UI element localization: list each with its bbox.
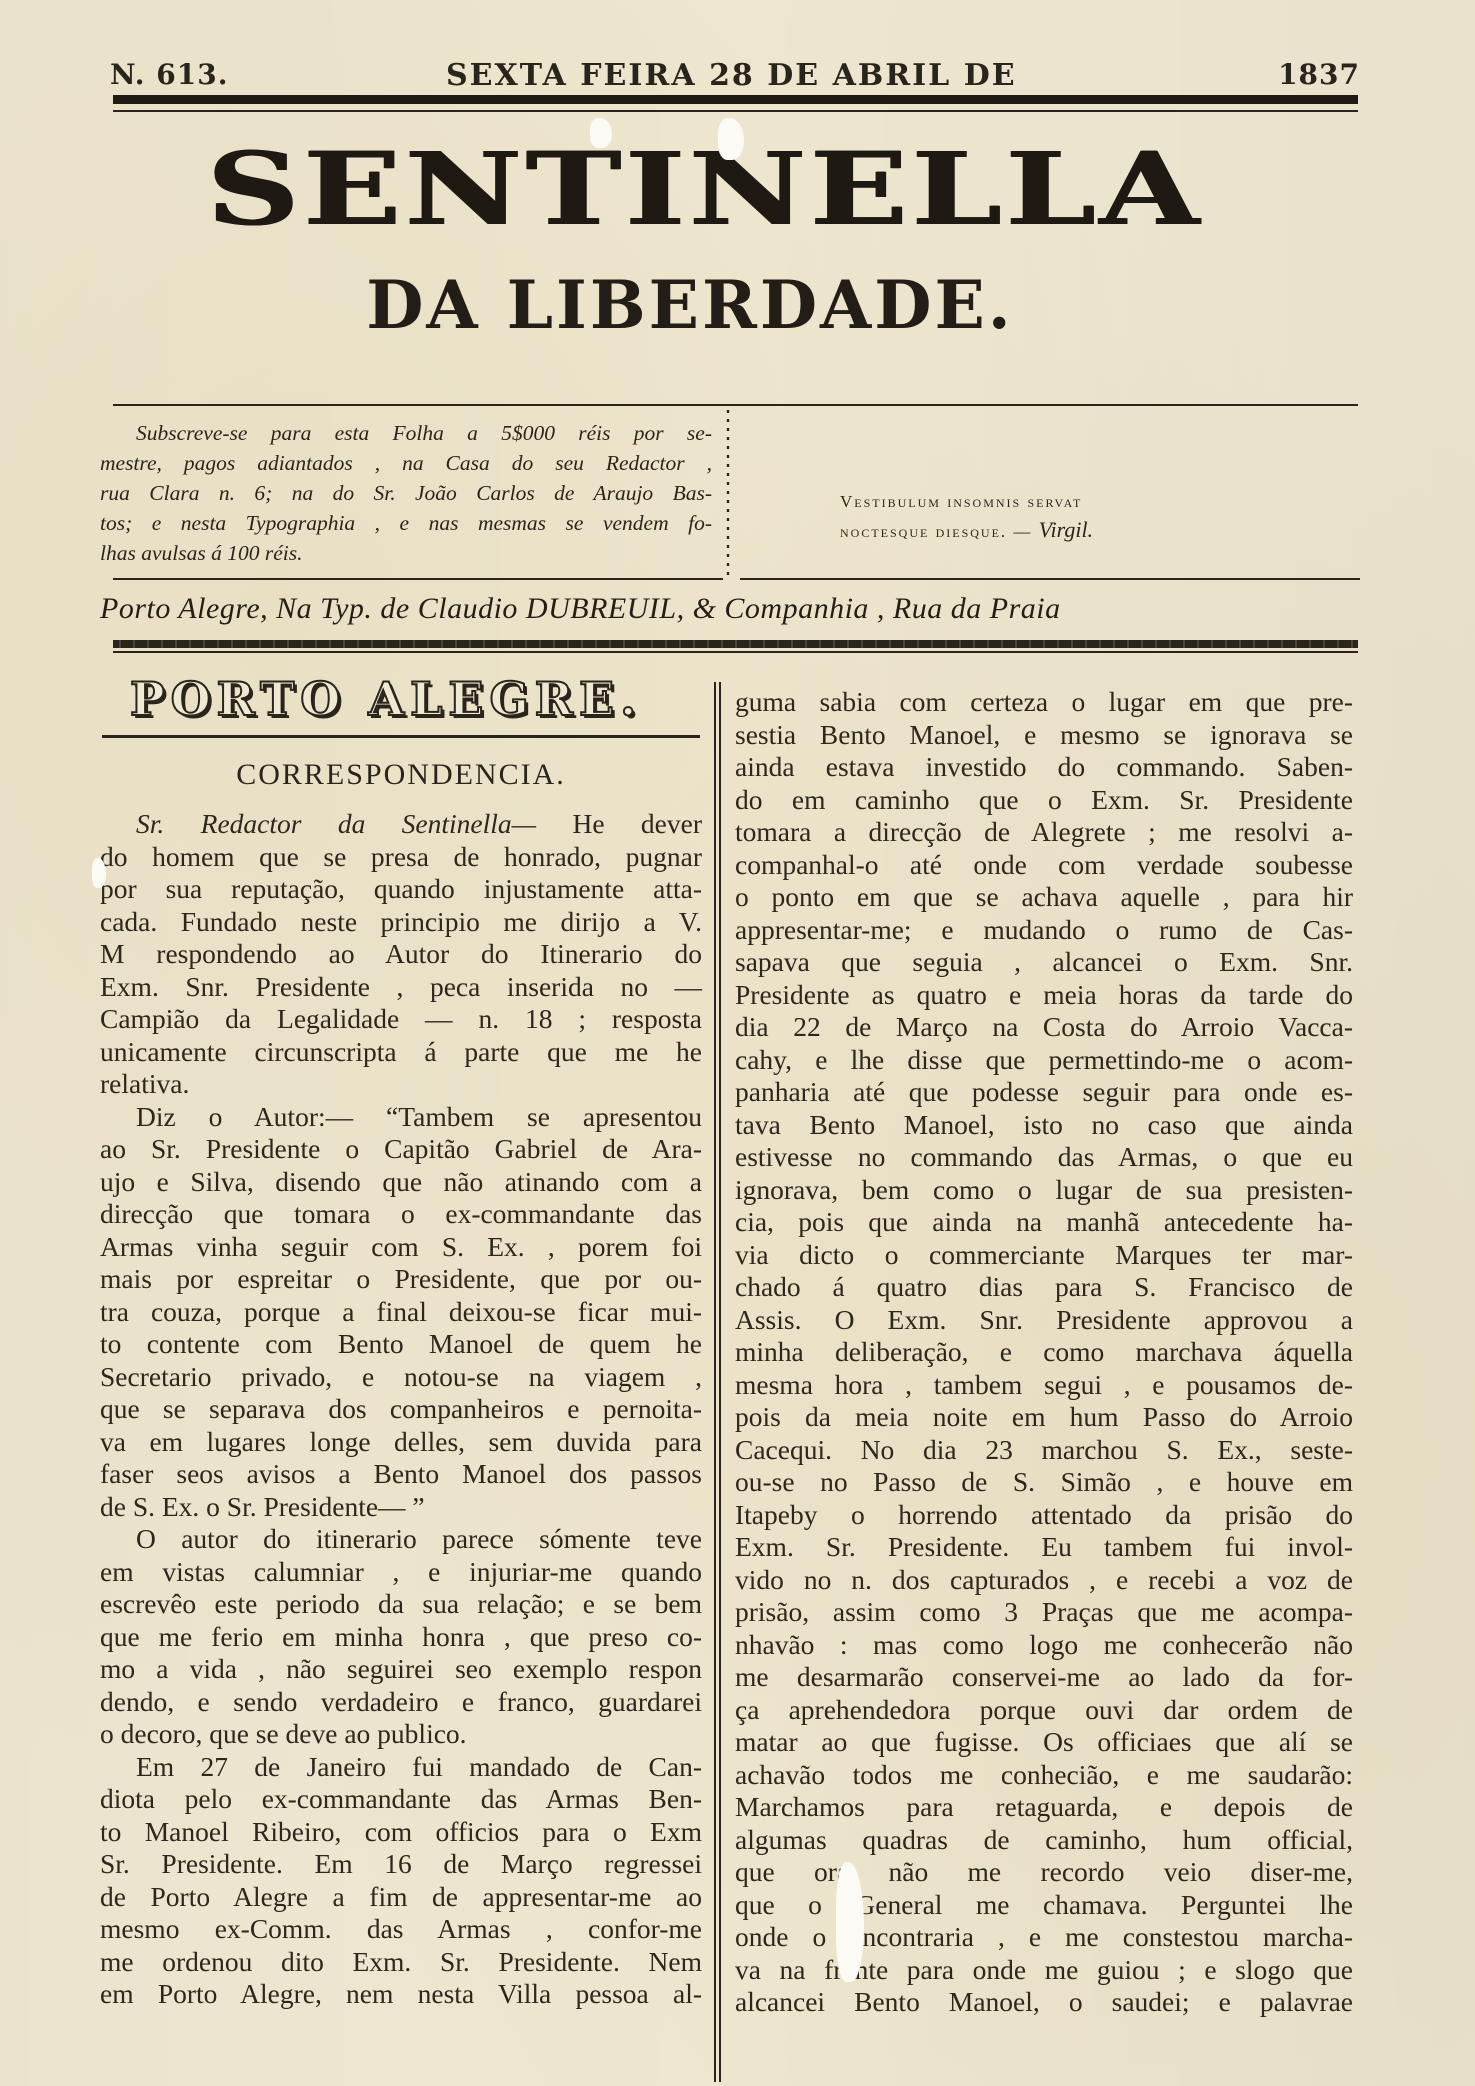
article-line: guma sabia com certeza o lugar em que pr…: [735, 686, 1353, 719]
article-line: unicamente circunscripta á parte que me …: [100, 1036, 702, 1069]
subscription-line: tos; e nesta Typographia , e nas mesmas …: [100, 508, 712, 538]
article-line: Presidente as quatro e meia horas da tar…: [735, 979, 1353, 1012]
motto-attribution: Virgil.: [1039, 517, 1093, 542]
article-line: Armas vinha seguir com S. Ex. , porem fo…: [100, 1231, 702, 1264]
article-line: em Porto Alegre, nem nesta Villa pessoa …: [100, 1978, 702, 2011]
section-heading: PORTO ALEGRE.: [130, 672, 700, 726]
section-subheading: CORRESPONDENCIA.: [100, 758, 702, 792]
article-line: panharia até que podesse seguir para ond…: [735, 1076, 1353, 1109]
article-line: ainda estava investido do commando. Sabe…: [735, 751, 1353, 784]
column-divider: [714, 682, 721, 2082]
article-column-right: guma sabia com certeza o lugar em que pr…: [735, 686, 1353, 2019]
article-line: minha deliberação, e como marchava áquel…: [735, 1336, 1353, 1369]
article-line: me ordenou dito Exm. Sr. Presidente. Nem: [100, 1946, 702, 1979]
motto-line-2: noctesque diesque. —: [840, 522, 1032, 541]
article-line: do homem que se presa de honrado, pugnar: [100, 841, 702, 874]
article-line: onde o encontraria , e me constestou mar…: [735, 1921, 1353, 1954]
article-line: matar ao que fugisse. Os officiaes que a…: [735, 1726, 1353, 1759]
article-line: Em 27 de Janeiro fui mandado de Can-: [100, 1751, 702, 1784]
article-line: tava Bento Manoel, isto no caso que aind…: [735, 1109, 1353, 1142]
article-line: ou-se no Passo de S. Simão , e houve em: [735, 1466, 1353, 1499]
article-line: ignorava, bem como o lugar de sua presis…: [735, 1174, 1353, 1207]
article-line: cada. Fundado neste principio me dirijo …: [100, 906, 702, 939]
article-line: mesmo ex-Comm. das Armas , confor-me: [100, 1913, 702, 1946]
subscription-line: Subscreve-se para esta Folha a 5$000 réi…: [100, 418, 712, 448]
article-line: em vistas calumniar , e injuriar-me quan…: [100, 1556, 702, 1589]
motto-line-1: Vestibulum insomnis servat: [840, 488, 1260, 516]
article-line: cia, pois que ainda na manhã antecedente…: [735, 1206, 1353, 1239]
article-column-left: Sr. Redactor da Sentinella— He deverdo h…: [100, 808, 702, 2011]
article-line: me desarmarão conservei-me ao lado da fo…: [735, 1661, 1353, 1694]
article-line: faser seos avisos a Bento Manoel dos pas…: [100, 1458, 702, 1491]
article-line: escrevêo este periodo da sua relação; e …: [100, 1588, 702, 1621]
article-line: de Porto Alegre a fim de appresentar-me …: [100, 1881, 702, 1914]
article-line: dendo, e sendo verdadeiro e franco, guar…: [100, 1686, 702, 1719]
article-line: relativa.: [100, 1068, 702, 1101]
info-rule-bottom-left: [113, 578, 723, 580]
article-line: Exm. Snr. Presidente , peca inserida no …: [100, 971, 702, 1004]
article-line: vido no n. dos capturados , e recebi a v…: [735, 1564, 1353, 1597]
article-line: estivesse no commando das Armas, o que e…: [735, 1141, 1353, 1174]
paper-damage: [92, 858, 106, 888]
imprint-rule: [113, 640, 1358, 648]
subscription-line: lhas avulsas á 100 réis.: [100, 538, 712, 568]
article-line: pois da meia noite em hum Passo do Arroi…: [735, 1401, 1353, 1434]
article-line: nhavão : mas como logo me conhecerão não: [735, 1629, 1353, 1662]
article-line: M respondendo ao Autor do Itinerario do: [100, 938, 702, 971]
article-line: Marchamos para retaguarda, e depois de: [735, 1791, 1353, 1824]
salutation: Sr. Redactor da Sentinella—: [136, 808, 572, 839]
header-rule-thick: [113, 95, 1358, 104]
article-line: ujo e Silva, disendo que não atinando co…: [100, 1166, 702, 1199]
subscription-line: mestre, pagos adiantados , na Casa do se…: [100, 448, 712, 478]
article-line: via dicto o commerciante Marques ter mar…: [735, 1239, 1353, 1272]
article-line: companhal-o até onde com verdade soubess…: [735, 849, 1353, 882]
article-line: O autor do itinerario parece sómente tev…: [100, 1523, 702, 1556]
article-line: tomara a direcção de Alegrete ; me resol…: [735, 816, 1353, 849]
article-line: algumas quadras de caminho, hum official…: [735, 1824, 1353, 1857]
issue-date: SEXTA FEIRA 28 DE ABRIL DE: [446, 58, 1017, 93]
article-line: que o General me chamava. Perguntei lhe: [735, 1889, 1353, 1922]
subscription-notice: Subscreve-se para esta Folha a 5$000 réi…: [100, 418, 712, 568]
article-line: Campião da Legalidade — n. 18 ; resposta: [100, 1003, 702, 1036]
paper-damage: [590, 118, 612, 148]
paper-damage: [718, 118, 744, 160]
article-line: ça aprehendedora porque ouvi dar ordem d…: [735, 1694, 1353, 1727]
article-line: Assis. O Exm. Snr. Presidente approvou a: [735, 1304, 1353, 1337]
article-line: por sua reputação, quando injustamente a…: [100, 873, 702, 906]
article-line: mo a vida , não seguirei seo exemplo res…: [100, 1653, 702, 1686]
article-line: tra couza, porque a final deixou-se fica…: [100, 1296, 702, 1329]
section-rule: [102, 735, 700, 738]
article-line: diota pelo ex-commandante das Armas Ben-: [100, 1783, 702, 1816]
article-line: Diz o Autor:— “Tambem se apresentou: [100, 1101, 702, 1134]
article-line: do em caminho que o Exm. Sr. Presidente: [735, 784, 1353, 817]
article-line: que me ferio em minha honra , que preso …: [100, 1621, 702, 1654]
article-line: chado á quatro dias para S. Francisco de: [735, 1271, 1353, 1304]
subscription-line: rua Clara n. 6; na do Sr. João Carlos de…: [100, 478, 712, 508]
article-line: Cacequi. No dia 23 marchou S. Ex., seste…: [735, 1434, 1353, 1467]
article-line: o decoro, que se deve ao publico.: [100, 1718, 702, 1751]
wavy-divider: [722, 410, 734, 580]
article-line: prisão, assim como 3 Praças que me acomp…: [735, 1596, 1353, 1629]
imprint-rule-thin: [113, 651, 1358, 653]
issue-number: N. 613.: [110, 58, 229, 91]
article-line: mais por espreitar o Presidente, que por…: [100, 1263, 702, 1296]
article-line: Exm. Sr. Presidente. Eu tambem fui invol…: [735, 1531, 1353, 1564]
article-line: va na frente para onde me guiou ; e slog…: [735, 1954, 1353, 1987]
article-line: va em lugares longe delles, sem duvida p…: [100, 1426, 702, 1459]
article-line: que ora não me recordo veio diser-me,: [735, 1856, 1353, 1889]
info-rule-top: [113, 404, 1358, 406]
article-line: de S. Ex. o Sr. Presidente— ”: [100, 1491, 702, 1524]
article-line: Sr. Presidente. Em 16 de Março regressei: [100, 1848, 702, 1881]
article-line: Sr. Redactor da Sentinella— He dever: [100, 808, 702, 841]
newspaper-page: N. 613. SEXTA FEIRA 28 DE ABRIL DE 1837 …: [0, 0, 1475, 2086]
imprint-line: Porto Alegre, Na Typ. de Claudio DUBREUI…: [100, 592, 1362, 626]
info-rule-bottom-right: [740, 578, 1360, 580]
issue-year: 1837: [1278, 58, 1360, 91]
article-line: alcancei Bento Manoel, o saudei; e palav…: [735, 1986, 1353, 2019]
article-line: appresentar-me; e mudando o rumo de Cas-: [735, 914, 1353, 947]
article-line: sapava que seguia , alcancei o Exm. Snr.: [735, 946, 1353, 979]
article-line: achavão todos me conhecião, e me saudarã…: [735, 1759, 1353, 1792]
article-line: direcção que tomara o ex-commandante das: [100, 1198, 702, 1231]
article-line: que se separava dos companheiros e perno…: [100, 1393, 702, 1426]
article-line: cahy, e lhe disse que permettindo-me o a…: [735, 1044, 1353, 1077]
article-line: Secretario privado, e notou-se na viagem…: [100, 1361, 702, 1394]
masthead-title: SENTINELLA: [195, 140, 1215, 240]
masthead-subtitle: DA LIBERDADE.: [240, 272, 1140, 338]
article-line: o ponto em que se achava aquelle , para …: [735, 881, 1353, 914]
article-line: ao Sr. Presidente o Capitão Gabriel de A…: [100, 1133, 702, 1166]
article-line: to contente com Bento Manoel de quem he: [100, 1328, 702, 1361]
article-line: sestia Bento Manoel, e mesmo se ignorava…: [735, 719, 1353, 752]
dateline: N. 613. SEXTA FEIRA 28 DE ABRIL DE 1837: [110, 58, 1360, 98]
article-line: dia 22 de Março na Costa do Arroio Vacca…: [735, 1011, 1353, 1044]
motto: Vestibulum insomnis servat noctesque die…: [840, 488, 1260, 546]
article-line: to Manoel Ribeiro, com officios para o E…: [100, 1816, 702, 1849]
header-rule-thin: [113, 110, 1358, 112]
article-line: Itapeby o horrendo attentado da prisão d…: [735, 1499, 1353, 1532]
article-line: mesma hora , tambem segui , e pousamos d…: [735, 1369, 1353, 1402]
